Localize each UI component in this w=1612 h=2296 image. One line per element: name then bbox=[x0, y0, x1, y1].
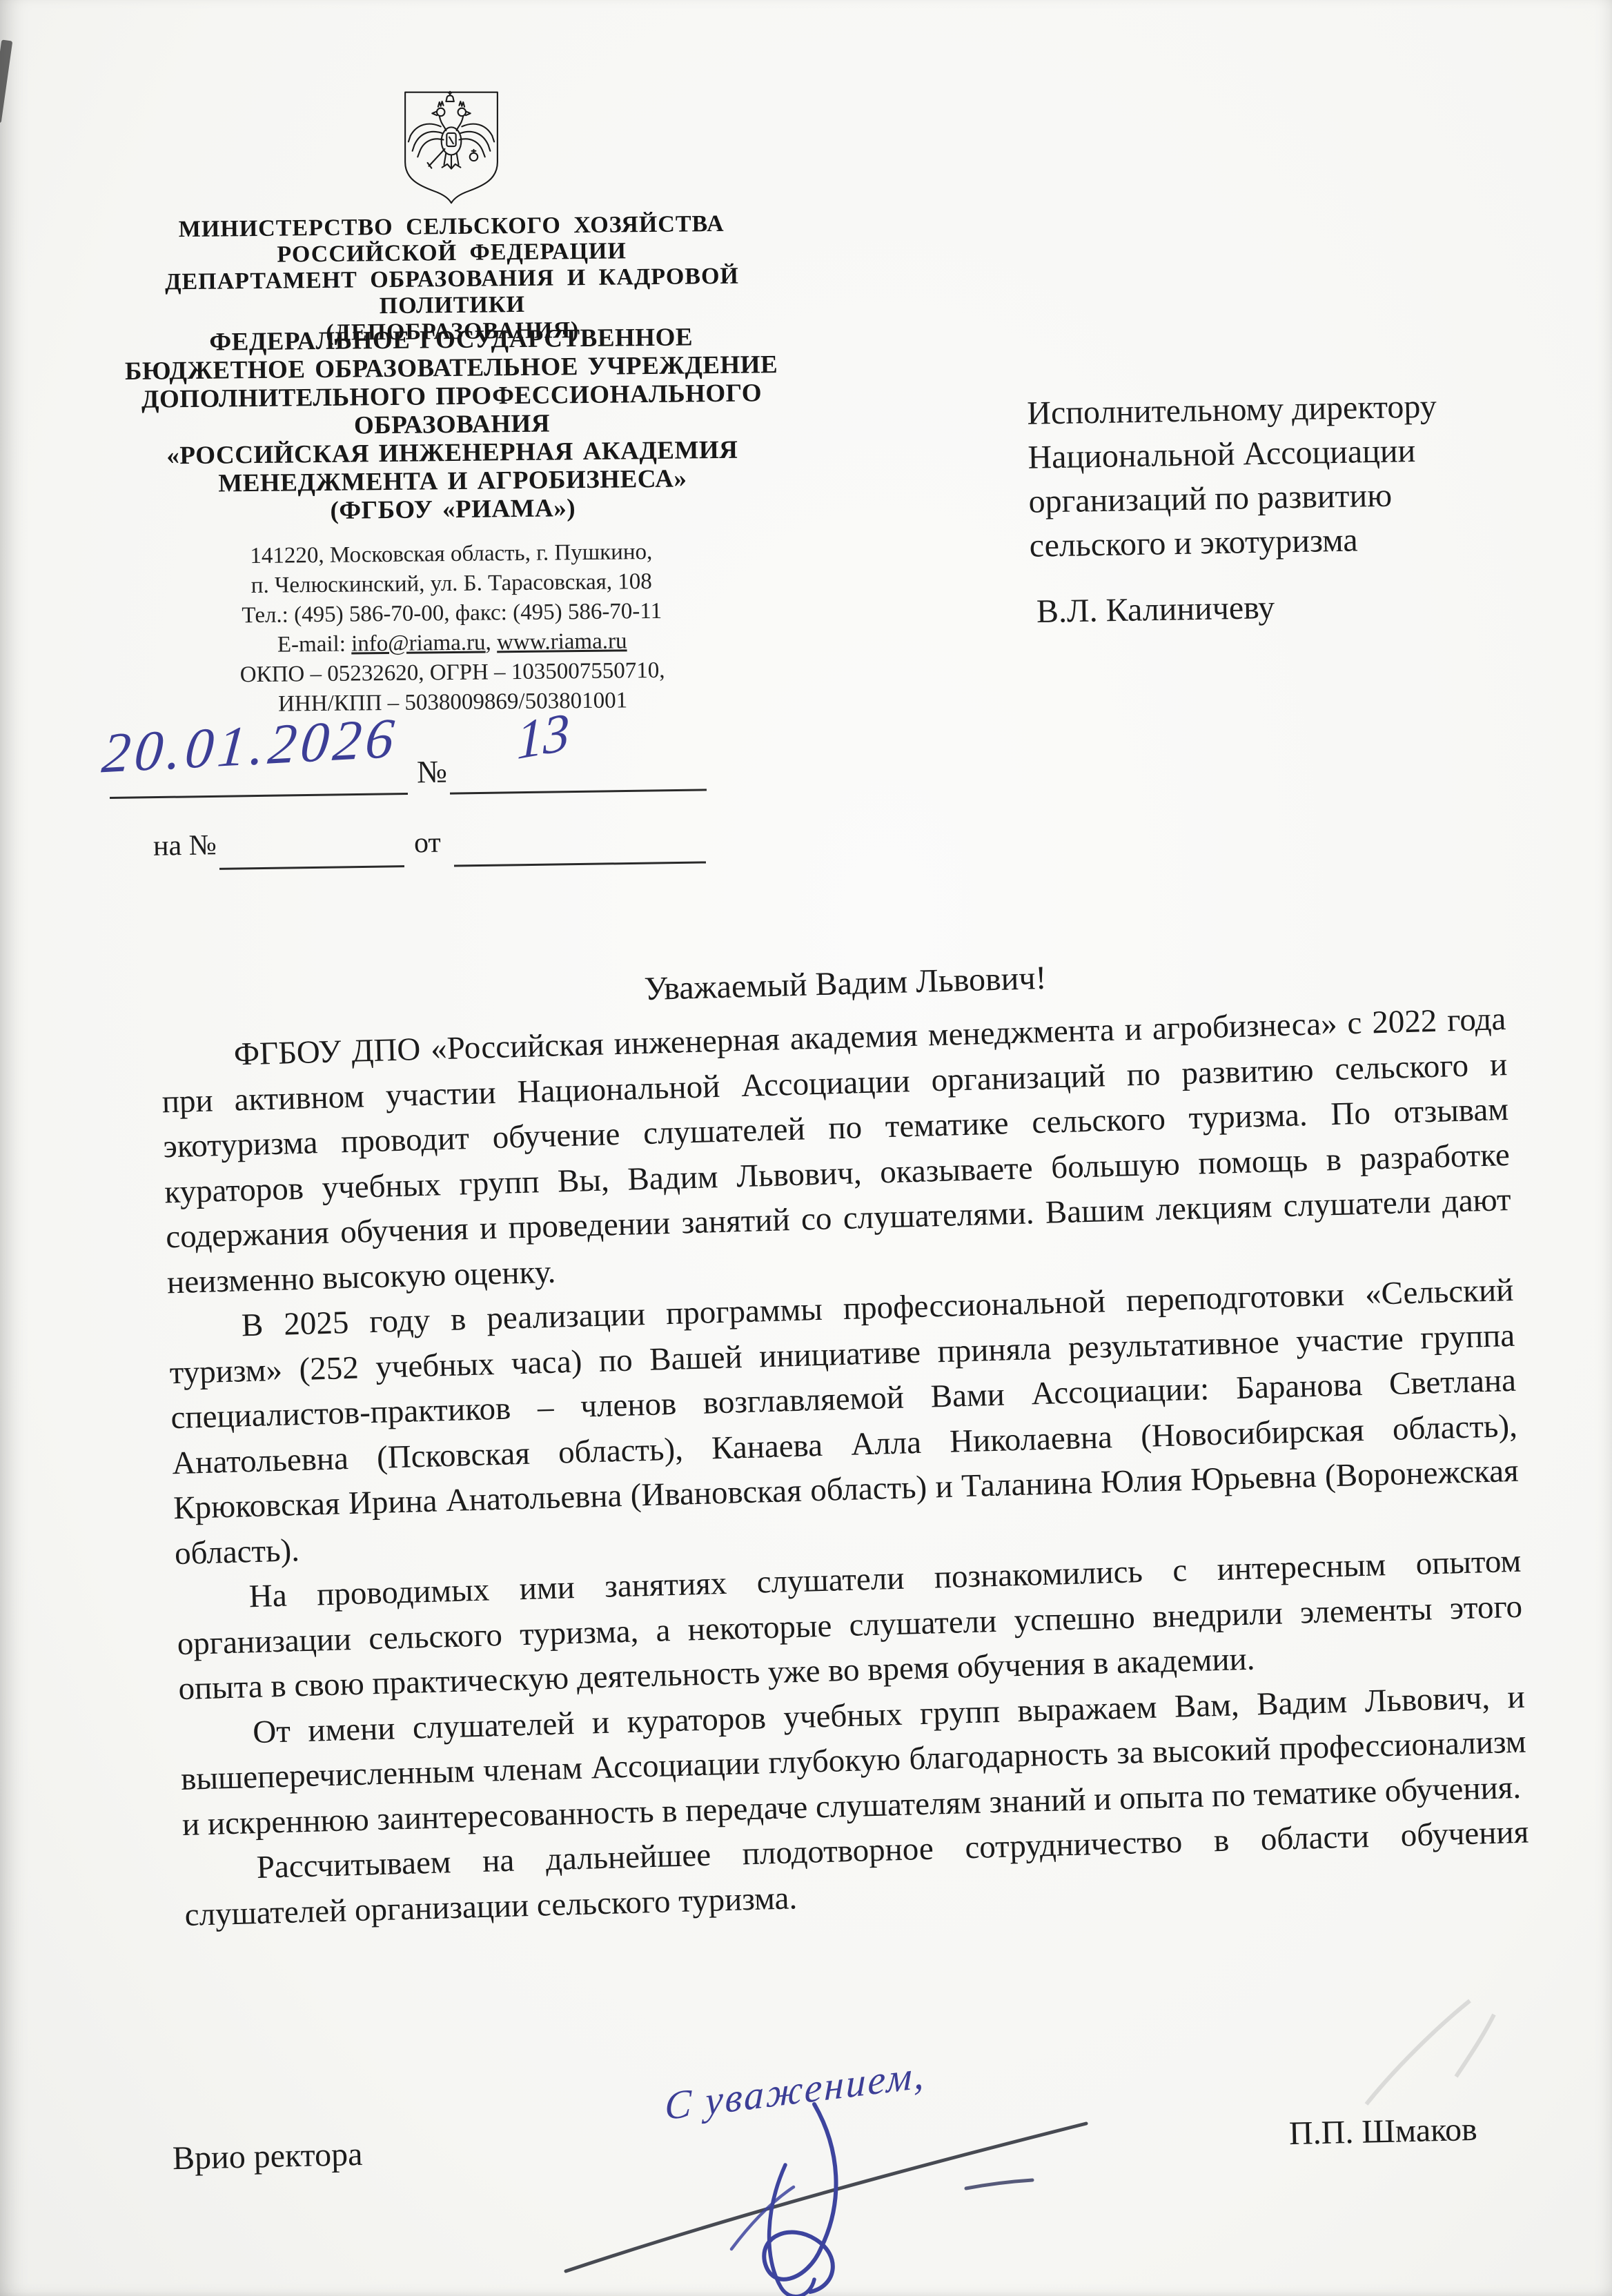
coat-of-arms-icon bbox=[397, 88, 506, 207]
date-blank-line bbox=[110, 793, 408, 799]
letterhead-organization: ФЕДЕРАЛЬНОЕ ГОСУДАРСТВЕННОЕ БЮДЖЕТНОЕ ОБ… bbox=[117, 322, 788, 527]
handwritten-date: 20.01.2026 bbox=[99, 705, 401, 786]
scan-edge-artifact bbox=[0, 39, 12, 123]
signer-name: П.П. Шмаков bbox=[1288, 2110, 1477, 2152]
scanned-letter-page: МИНИСТЕРСТВО СЕЛЬСКОГО ХОЗЯЙСТВА РОССИЙС… bbox=[0, 0, 1612, 2296]
reply-number-label: на № bbox=[153, 829, 217, 863]
ministry-line: ДЕПАРТАМЕНТ ОБРАЗОВАНИЯ И КАДРОВОЙ ПОЛИТ… bbox=[117, 263, 787, 322]
body-paragraph: ФГБОУ ДПО «Российская инженерная академи… bbox=[160, 997, 1513, 1305]
email-label: E-mail: bbox=[277, 632, 346, 657]
recipient-name: В.Л. Калиничеву bbox=[1036, 588, 1275, 631]
signer-position: Врио ректора bbox=[172, 2135, 363, 2177]
letterhead-contacts: 141220, Московская область, г. Пушкино, … bbox=[165, 537, 740, 721]
letter-body: ФГБОУ ДПО «Российская инженерная академи… bbox=[160, 997, 1531, 1938]
recipient-line: сельского и экотуризма bbox=[1029, 516, 1485, 568]
codes-line: ОКПО – 05232620, ОГРН – 1035007550710, bbox=[166, 655, 738, 691]
body-paragraph: В 2025 году в реализации программы профе… bbox=[168, 1268, 1520, 1576]
email-separator: , bbox=[485, 630, 497, 655]
website-address: www.riama.ru bbox=[497, 629, 627, 655]
recipient-block: Исполнительному директору Национальной А… bbox=[1027, 384, 1485, 568]
handwritten-signature bbox=[524, 2084, 1146, 2296]
email-address: info@riama.ru bbox=[351, 630, 486, 656]
reply-date-blank-line bbox=[454, 861, 706, 867]
phone-line: Тел.: (495) 586-70-00, факс: (495) 586-7… bbox=[166, 596, 738, 632]
recipient-line: организаций по развитию bbox=[1028, 472, 1484, 524]
reply-number-blank-line bbox=[219, 865, 404, 870]
recipient-line: Исполнительному директору bbox=[1027, 384, 1483, 436]
number-blank-line bbox=[450, 789, 707, 794]
reply-from-label: от bbox=[414, 827, 442, 860]
number-sign: № bbox=[417, 753, 448, 791]
handwritten-outgoing-number: 13 bbox=[517, 700, 570, 773]
recipient-line: Национальной Ассоциации bbox=[1028, 428, 1484, 480]
